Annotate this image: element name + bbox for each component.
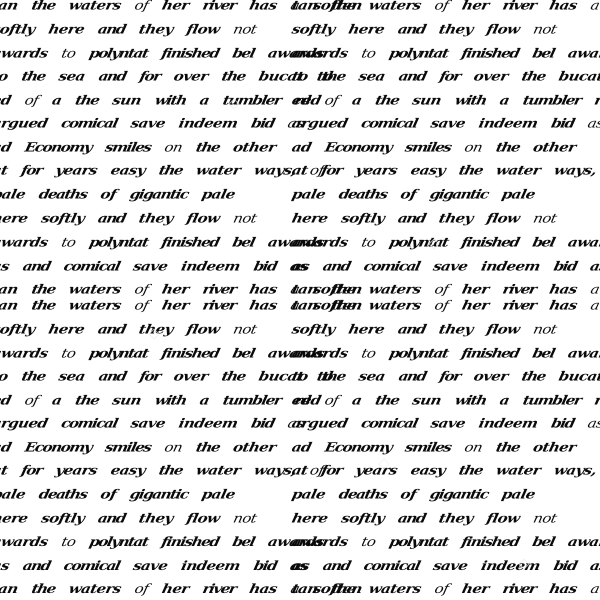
handwritten-line: awardstopolyntatfinishedbelawards [290, 345, 600, 360]
handwritten-word: for [438, 368, 461, 383]
handwritten-line: arguedcomicalsaveindeembidas [290, 415, 600, 430]
handwritten-word: smiles [104, 439, 153, 454]
handwritten-word: flow [185, 21, 221, 36]
handwritten-word: save [129, 415, 166, 430]
handwritten-word: comical [362, 558, 421, 573]
handwritten-line: awardstopolyntatfinishedbelawards [290, 45, 600, 60]
handwritten-word: bid [550, 415, 576, 430]
handwritten-word: smiles [404, 139, 453, 154]
handwritten-line: edofathesunwithatumblerred [290, 392, 600, 407]
handwritten-word: her [461, 297, 491, 312]
handwritten-word: deaths [37, 486, 88, 501]
handwritten-word: other [532, 139, 578, 154]
handwritten-word: not [232, 210, 258, 225]
handwritten-word: waters [67, 281, 122, 296]
handwritten-word: the [494, 139, 520, 154]
handwritten-word: a [589, 281, 600, 296]
handwritten-word: for [20, 162, 43, 177]
handwritten-word: the [30, 0, 56, 13]
handwritten-word: gigantic [128, 186, 189, 201]
handwritten-word: the [330, 297, 356, 312]
handwritten-word: not [232, 321, 258, 336]
handwritten-word: sea [357, 68, 386, 83]
handwritten-word: save [132, 258, 169, 273]
handwritten-word: the [520, 368, 546, 383]
handwritten-word: indeem [480, 258, 542, 273]
handwritten-word: Economy [23, 139, 93, 154]
handwritten-word: comical [360, 415, 419, 430]
handwritten-word: the [194, 139, 220, 154]
handwritten-word: bel [231, 234, 256, 249]
handwritten-word: to [60, 534, 77, 549]
handwritten-line: edofathesunwithatumblerred [290, 92, 600, 107]
handwritten-word: awards [566, 345, 600, 360]
handwritten-word: bid [252, 258, 278, 273]
handwritten-word: other [232, 139, 278, 154]
handwritten-word: with [153, 92, 187, 107]
handwritten-word: finished [160, 45, 220, 60]
handwritten-word: comical [62, 258, 121, 273]
handwritten-line: totheseaandforoverthebucatto [290, 68, 600, 83]
handwritten-word: for [138, 368, 161, 383]
handwritten-word: softly [290, 21, 336, 36]
handwritten-word: waters [67, 0, 122, 13]
handwritten-word: here [347, 321, 386, 336]
handwritten-line: heresoftlyandtheyflownot [0, 210, 272, 225]
handwritten-word: tan [0, 0, 19, 13]
handwritten-word: the [157, 462, 183, 477]
handwritten-word: finished [460, 534, 520, 549]
handwritten-word: bid [252, 558, 278, 573]
handwritten-word: of [399, 486, 418, 501]
handwritten-word: over [172, 368, 209, 383]
handwritten-word: water [195, 462, 242, 477]
handwritten-line: arguedcomicalsaveindeembidas [290, 115, 600, 130]
handwritten-word: with [453, 392, 487, 407]
handwritten-word: has [248, 581, 279, 596]
handwritten-word: ad [0, 439, 13, 454]
handwritten-word: bid [250, 415, 276, 430]
handwritten-word: softly [0, 321, 36, 336]
handwritten-word: finished [160, 234, 220, 249]
handwritten-word: and [397, 21, 427, 36]
handwritten-word: polyntat [388, 534, 449, 549]
handwritten-word: easy [109, 162, 146, 177]
handwritten-word: ed [290, 92, 312, 107]
handwritten-word: river [201, 281, 237, 296]
handwritten-word: waters [367, 281, 422, 296]
handwritten-word: not [532, 321, 558, 336]
handwritten-word: her [161, 0, 191, 13]
handwritten-word: softly [0, 21, 36, 36]
handwritten-word: the [74, 392, 100, 407]
handwritten-word: here [290, 210, 329, 225]
handwritten-word: indeem [180, 258, 242, 273]
handwritten-word: of [433, 581, 450, 596]
handwritten-word: of [23, 392, 40, 407]
handwritten-word: and [321, 258, 351, 273]
handwritten-word: as [589, 558, 600, 573]
handwritten-word: sun [411, 92, 443, 107]
handwritten-word: other [232, 439, 278, 454]
handwritten-word: deaths [337, 186, 388, 201]
handwritten-word: the [20, 68, 46, 83]
handwritten-word: the [520, 68, 546, 83]
pattern-tile: tanthewatersofherriverhasasoftensoftlyhe… [300, 300, 600, 600]
handwritten-word: argued [290, 115, 349, 130]
handwritten-word: awards [290, 234, 349, 249]
handwritten-word: with [153, 392, 187, 407]
handwritten-word: the [74, 92, 100, 107]
handwritten-word: pale [200, 186, 236, 201]
handwritten-word: save [432, 558, 469, 573]
handwritten-word: for [438, 68, 461, 83]
handwritten-word: has [248, 0, 279, 13]
handwritten-word: as [586, 115, 600, 130]
handwritten-word: as [0, 558, 11, 573]
handwritten-word: waters [367, 581, 422, 596]
handwritten-line: awardstopolyntatfinishedbelawards [0, 345, 339, 360]
handwritten-line: adEconomysmilesontheother [290, 139, 591, 154]
handwritten-word: smiles [104, 139, 153, 154]
handwritten-word: the [320, 68, 346, 83]
handwritten-word: as [290, 258, 310, 273]
handwritten-word: awards [0, 534, 49, 549]
handwritten-word: the [494, 439, 520, 454]
handwritten-word: a [498, 392, 510, 407]
handwritten-line: paledeathsofgiganticpale [290, 186, 550, 201]
handwritten-word: years [354, 462, 399, 477]
handwritten-word: awards [566, 45, 600, 60]
handwritten-word: pale [290, 486, 326, 501]
handwritten-word: with [453, 92, 487, 107]
handwritten-word: to [0, 68, 9, 83]
handwritten-word: and [397, 510, 427, 525]
handwritten-word: softly [340, 510, 386, 525]
handwritten-word: of [99, 186, 118, 201]
handwritten-word: here [0, 510, 29, 525]
handwritten-word: bid [550, 115, 576, 130]
handwritten-word: the [30, 297, 56, 312]
handwritten-word: her [161, 297, 191, 312]
handwritten-word: the [220, 68, 246, 83]
handwritten-word: to [360, 234, 377, 249]
handwritten-word: bel [231, 345, 256, 360]
handwritten-line: awardstopolyntatfinishedbelawards [0, 534, 339, 549]
handwritten-word: of [323, 92, 340, 107]
handwritten-line: softlyhereandtheyflownot [290, 21, 572, 36]
handwritten-line: edofathesunwithatumblerred [0, 392, 336, 407]
handwritten-word: polyntat [388, 45, 449, 60]
handwritten-word: polyntat [388, 345, 449, 360]
handwritten-word: Economy [323, 439, 393, 454]
handwritten-word: argued [0, 415, 49, 430]
handwritten-word: indeem [477, 415, 539, 430]
pattern-tile: tanthewatersofherriverhasasoftensoftlyhe… [300, 0, 600, 300]
handwritten-word: a [198, 92, 210, 107]
handwritten-word: to [360, 534, 377, 549]
handwritten-word: tan [290, 297, 319, 312]
handwritten-word: her [461, 281, 491, 296]
handwritten-word: and [321, 558, 351, 573]
handwritten-word: has [248, 297, 279, 312]
handwritten-word: bucat [557, 68, 600, 83]
handwritten-word: on [463, 139, 484, 154]
handwritten-word: of [133, 281, 150, 296]
handwritten-word: tumbler [521, 92, 582, 107]
handwritten-word: gigantic [128, 486, 189, 501]
handwritten-word: pale [0, 186, 27, 201]
handwritten-word: comical [62, 558, 121, 573]
handwritten-line: heresoftlyandtheyflownot [290, 210, 572, 225]
handwritten-word: they [137, 21, 174, 36]
handwritten-word: gigantic [428, 186, 489, 201]
handwritten-word: ways, [553, 462, 598, 477]
handwritten-word: pale [290, 186, 326, 201]
handwritten-word: years [354, 162, 399, 177]
handwritten-line: atforyearseasythewaterways,of [0, 162, 339, 177]
handwritten-word: waters [67, 297, 122, 312]
handwritten-word: they [437, 510, 474, 525]
handwritten-word: finished [160, 345, 220, 360]
handwritten-line: arguedcomicalsaveindeembidas [0, 115, 319, 130]
handwritten-word: and [97, 368, 127, 383]
handwritten-word: easy [409, 162, 446, 177]
handwritten-word: and [21, 558, 51, 573]
handwritten-word: at [290, 462, 309, 477]
handwritten-word: her [161, 581, 191, 596]
handwritten-word: a [589, 581, 600, 596]
handwritten-line: atforyearseasythewaterways,of [290, 462, 600, 477]
handwritten-word: bel [531, 534, 556, 549]
handwritten-word: to [60, 345, 77, 360]
handwritten-line: totheseaandforoverthebucatto [290, 368, 600, 383]
handwritten-word: a [589, 0, 600, 13]
handwritten-word: as [290, 558, 310, 573]
handwritten-word: here [47, 321, 86, 336]
handwritten-word: to [290, 368, 309, 383]
handwritten-word: years [54, 462, 99, 477]
handwritten-word: has [548, 297, 579, 312]
handwritten-word: a [198, 392, 210, 407]
handwritten-word: indeem [480, 558, 542, 573]
handwritten-word: argued [290, 415, 349, 430]
handwritten-word: as [0, 258, 11, 273]
handwritten-word: tan [290, 281, 319, 296]
handwritten-word: pale [0, 486, 27, 501]
handwritten-word: waters [67, 581, 122, 596]
handwritten-line: asandcomicalsaveindeembidas [290, 258, 600, 273]
handwritten-word: to [290, 68, 309, 83]
handwritten-word: awards [290, 45, 349, 60]
handwritten-word: they [137, 510, 174, 525]
handwritten-word: on [163, 439, 184, 454]
handwritten-word: sun [111, 92, 143, 107]
handwritten-word: tan [290, 0, 319, 13]
handwritten-line: tanthewatersofherriverhasasoften [290, 281, 600, 296]
handwritten-line: softlyhereandtheyflownot [0, 321, 272, 336]
handwritten-word: and [97, 510, 127, 525]
handwritten-word: bid [552, 258, 578, 273]
handwritten-word: as [589, 258, 600, 273]
handwritten-word: water [495, 162, 542, 177]
handwritten-word: deaths [37, 186, 88, 201]
handwritten-word: the [457, 462, 483, 477]
handwritten-word: finished [460, 345, 520, 360]
handwritten-word: comical [362, 258, 421, 273]
pattern-tile: tanthewatersofherriverhasasoftensoftlyhe… [0, 0, 300, 300]
handwritten-word: water [195, 162, 242, 177]
handwritten-word: river [501, 0, 537, 13]
handwritten-word: river [201, 297, 237, 312]
handwritten-word: bid [552, 558, 578, 573]
handwritten-word: sun [111, 392, 143, 407]
handwritten-word: here [347, 21, 386, 36]
handwritten-line: paledeathsofgiganticpale [0, 186, 251, 201]
handwritten-word: on [163, 139, 184, 154]
handwritten-word: awards [290, 534, 349, 549]
handwritten-word: easy [409, 462, 446, 477]
handwritten-word: not [232, 510, 258, 525]
handwritten-word: bid [250, 115, 276, 130]
handwritten-word: a [498, 92, 510, 107]
handwritten-word: indeem [177, 115, 239, 130]
handwritten-word: the [30, 281, 56, 296]
handwritten-word: a [351, 392, 363, 407]
handwritten-word: red [593, 92, 600, 107]
handwritten-word: as [586, 415, 600, 430]
handwritten-word: has [248, 281, 279, 296]
handwritten-word: deaths [337, 486, 388, 501]
handwritten-word: bel [231, 45, 256, 60]
handwritten-word: water [495, 462, 542, 477]
handwritten-word: tan [290, 581, 319, 596]
handwritten-word: they [437, 21, 474, 36]
handwritten-word: save [132, 558, 169, 573]
handwritten-word: over [472, 368, 509, 383]
handwritten-word: finished [460, 45, 520, 60]
handwritten-word: finished [460, 234, 520, 249]
handwritten-line: tanthewatersofherriverhasasoften [290, 581, 600, 596]
handwritten-line: heresoftlyandtheyflownot [290, 510, 572, 525]
handwritten-word: ad [290, 139, 312, 154]
handwritten-word: polyntat [88, 345, 149, 360]
handwritten-word: flow [185, 210, 221, 225]
handwritten-word: awards [0, 345, 49, 360]
handwritten-word: the [20, 368, 46, 383]
handwritten-word: sun [411, 392, 443, 407]
handwritten-word: red [593, 392, 600, 407]
handwritten-word: and [97, 21, 127, 36]
handwritten-word: years [54, 162, 99, 177]
handwritten-line: adEconomysmilesontheother [0, 439, 291, 454]
handwritten-word: river [501, 281, 537, 296]
handwritten-word: of [323, 392, 340, 407]
handwritten-word: the [320, 368, 346, 383]
handwritten-word: softly [340, 210, 386, 225]
handwritten-word: awards [566, 534, 600, 549]
handwritten-word: of [133, 581, 150, 596]
handwritten-word: save [429, 415, 466, 430]
handwritten-line: asandcomicalsaveindeembidas [0, 258, 323, 273]
handwritten-word: bel [531, 234, 556, 249]
handwritten-word: for [138, 68, 161, 83]
handwritten-word: at [0, 462, 9, 477]
handwritten-line: tanthewatersofherriverhasasoften [290, 297, 600, 312]
handwritten-word: polyntat [88, 45, 149, 60]
handwritten-word: awards [0, 234, 49, 249]
handwritten-word: here [47, 21, 86, 36]
handwritten-word: a [589, 297, 600, 312]
handwritten-word: for [320, 162, 343, 177]
handwritten-line: asandcomicalsaveindeembidas [290, 558, 600, 573]
handwritten-word: the [194, 439, 220, 454]
handwritten-word: for [320, 462, 343, 477]
handwritten-line: adEconomysmilesontheother [0, 139, 291, 154]
handwritten-word: comical [60, 415, 119, 430]
handwritten-word: pale [200, 486, 236, 501]
handwriting-pattern: tanthewatersofherriverhasasoftensoftlyhe… [0, 0, 600, 600]
handwritten-word: has [548, 281, 579, 296]
handwritten-word: her [461, 581, 491, 596]
handwritten-word: to [360, 345, 377, 360]
handwritten-word: river [501, 297, 537, 312]
handwritten-word: the [157, 162, 183, 177]
handwritten-word: not [532, 21, 558, 36]
handwritten-word: ed [0, 92, 12, 107]
handwritten-word: and [397, 321, 427, 336]
handwritten-word: the [374, 392, 400, 407]
handwritten-word: gigantic [428, 486, 489, 501]
handwritten-word: the [30, 581, 56, 596]
handwritten-word: awards [566, 234, 600, 249]
handwritten-word: awards [290, 345, 349, 360]
handwritten-word: awards [0, 45, 49, 60]
handwritten-word: to [0, 368, 9, 383]
handwritten-line: awardstopolyntatfinishedbelawards [290, 534, 600, 549]
handwritten-line: arguedcomicalsaveindeembidas [0, 415, 319, 430]
handwritten-word: bucat [557, 368, 600, 383]
handwritten-word: flow [485, 510, 521, 525]
handwritten-word: and [97, 210, 127, 225]
handwritten-word: has [548, 581, 579, 596]
handwritten-word: a [51, 392, 63, 407]
handwritten-word: ed [0, 392, 12, 407]
handwritten-line: paledeathsofgiganticpale [290, 486, 550, 501]
handwritten-word: the [330, 0, 356, 13]
handwritten-word: comical [60, 115, 119, 130]
handwritten-line: paledeathsofgiganticpale [0, 486, 251, 501]
handwritten-word: easy [109, 462, 146, 477]
handwritten-word: river [501, 581, 537, 596]
handwritten-word: over [472, 68, 509, 83]
handwritten-line: atforyearseasythewaterways,of [0, 462, 339, 477]
handwritten-word: polyntat [388, 234, 449, 249]
handwritten-word: save [129, 115, 166, 130]
handwritten-word: Economy [23, 439, 93, 454]
handwritten-word: for [20, 462, 43, 477]
handwritten-word: tan [0, 297, 19, 312]
handwritten-word: sea [357, 368, 386, 383]
handwritten-word: flow [185, 321, 221, 336]
handwritten-word: ad [0, 139, 13, 154]
handwritten-word: and [397, 210, 427, 225]
handwritten-word: indeem [180, 558, 242, 573]
handwritten-word: a [51, 92, 63, 107]
handwritten-word: flow [185, 510, 221, 525]
handwritten-word: flow [485, 210, 521, 225]
handwritten-word: pale [500, 486, 536, 501]
